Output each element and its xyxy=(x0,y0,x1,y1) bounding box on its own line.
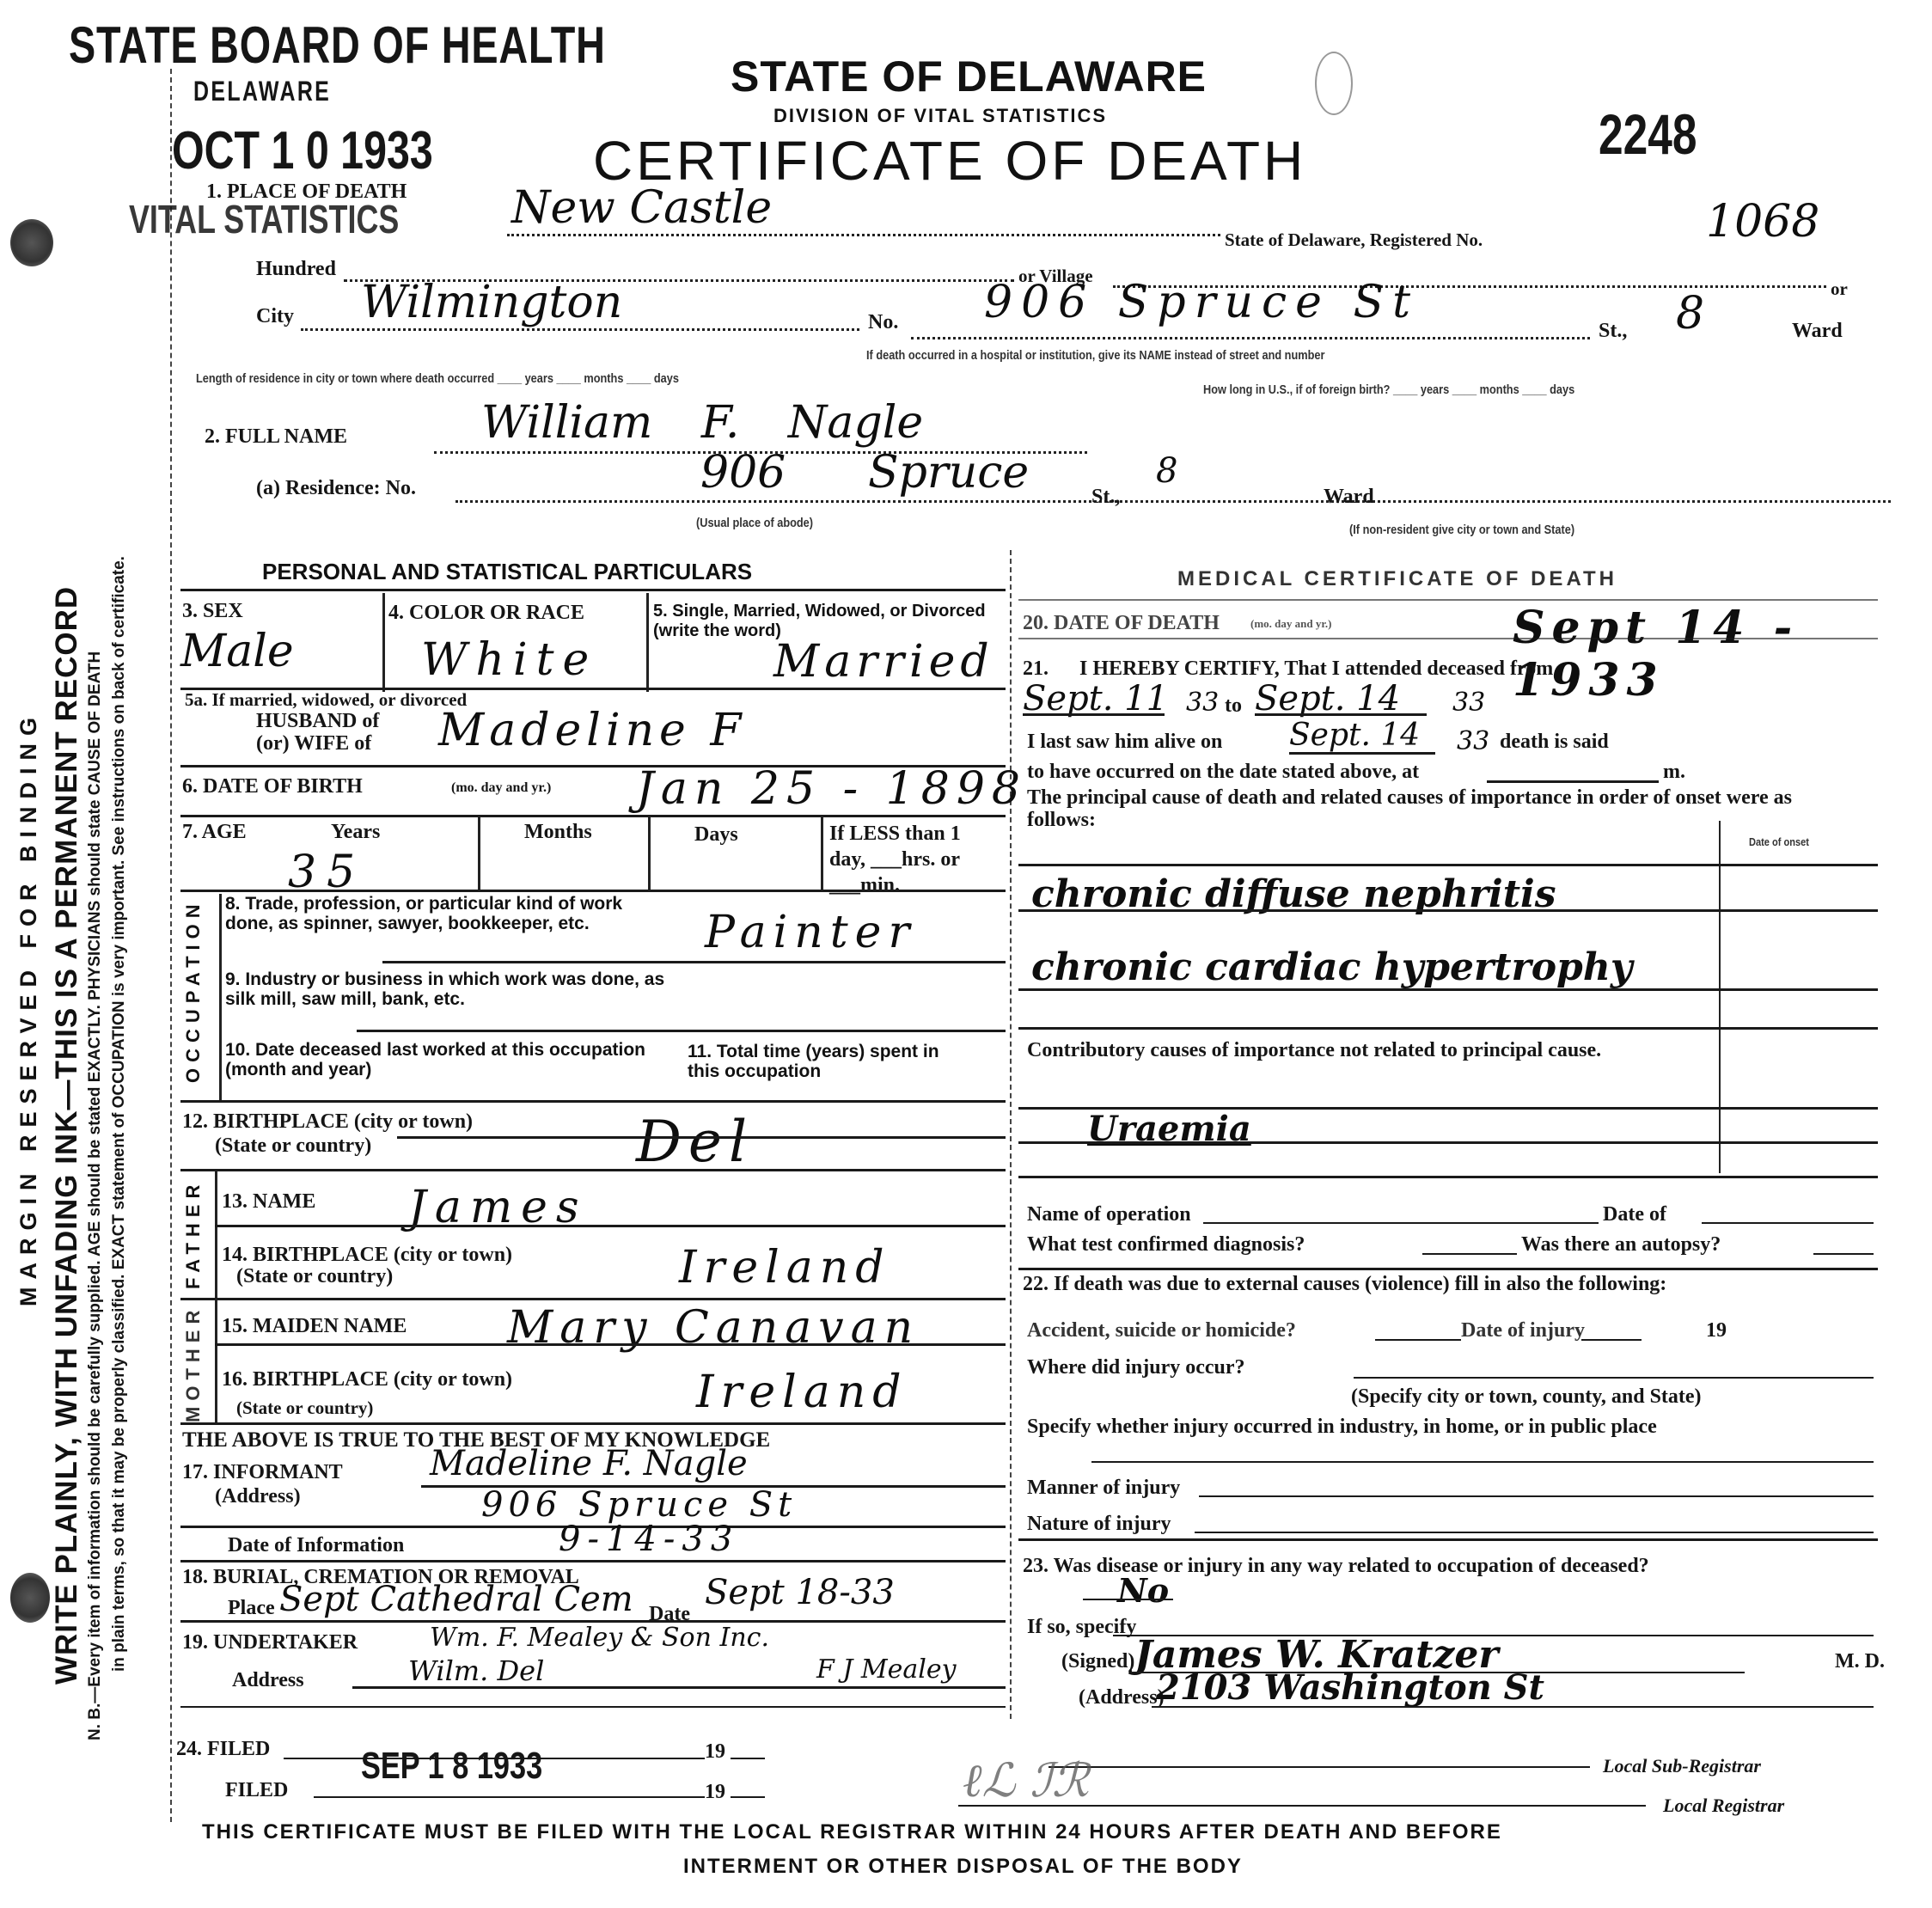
registered-label: State of Delaware, Registered No. xyxy=(1225,230,1483,250)
md-label: M. D. xyxy=(1835,1650,1885,1673)
undertaker-address-value: Wilm. Del xyxy=(408,1654,544,1687)
city-label: City xyxy=(256,305,294,328)
state-title: STATE OF DELAWARE xyxy=(731,52,1207,101)
rule xyxy=(215,1300,217,1424)
injury-date-label: Date of injury xyxy=(1461,1319,1585,1342)
rule xyxy=(478,816,480,890)
rule xyxy=(352,1686,1006,1689)
informant-address-label: (Address) xyxy=(215,1485,301,1508)
trade-value: Painter xyxy=(705,907,916,958)
spouse-value: Madeline F xyxy=(438,705,746,756)
spouse-note: 5a. If married, widowed, or divorced xyxy=(185,690,467,710)
county-value: New Castle xyxy=(511,182,772,234)
filed-label-1: 24. FILED xyxy=(176,1738,270,1761)
mother-side-label: MOTHER xyxy=(182,1305,205,1422)
rule xyxy=(180,1560,1006,1562)
nature-label: Nature of injury xyxy=(1027,1513,1171,1536)
rule xyxy=(648,816,651,890)
margin-seal-bottom xyxy=(10,1573,50,1623)
informant-label: 17. INFORMANT xyxy=(182,1461,343,1484)
rule xyxy=(1018,638,1878,639)
trade-label: 8. Trade, profession, or particular kind… xyxy=(225,894,672,933)
rule xyxy=(1702,1222,1874,1224)
specify-label: Specify whether injury occurred in indus… xyxy=(1027,1410,1874,1444)
street-no-label: No. xyxy=(868,311,898,334)
rule xyxy=(382,593,385,692)
operation-date-label: Date of xyxy=(1603,1203,1666,1226)
rule xyxy=(1487,780,1659,783)
rule xyxy=(215,1225,1006,1227)
rule xyxy=(215,1171,217,1298)
margin-nb-line1: N. B.—Every item of information should b… xyxy=(86,651,105,1740)
rule xyxy=(1199,1495,1874,1497)
mother-maiden-value: Mary Canavan xyxy=(507,1302,920,1354)
father-birthplace-label: 14. BIRTHPLACE (city or town) xyxy=(222,1244,512,1267)
where-label: Where did injury occur? xyxy=(1027,1356,1245,1379)
father-name-label: 13. NAME xyxy=(222,1190,315,1214)
rule xyxy=(1023,713,1165,716)
margin-reserved-text: MARGIN RESERVED FOR BINDING xyxy=(15,710,42,1306)
rule xyxy=(1018,1027,1878,1030)
personal-section-title: PERSONAL AND STATISTICAL PARTICULARS xyxy=(262,559,752,585)
rule xyxy=(1018,1268,1878,1270)
filing-notice-line1: THIS CERTIFICATE MUST BE FILED WITH THE … xyxy=(202,1820,1502,1844)
filed-label-2: FILED xyxy=(225,1779,288,1802)
st-label: St., xyxy=(1599,320,1627,343)
age-months-label: Months xyxy=(524,821,592,844)
specify-hint: (Specify city or town, county, and State… xyxy=(1351,1385,1702,1409)
dod-label: 20. DATE OF DEATH xyxy=(1023,612,1220,635)
registrar-signature: ℓℒ ℐℛ xyxy=(963,1753,1089,1807)
rule xyxy=(180,815,1006,817)
signed-label: (Signed) xyxy=(1061,1650,1134,1673)
certify-label: 21. I HEREBY CERTIFY, That I attended de… xyxy=(1023,657,1553,681)
dod-hint: (mo. day and yr.) xyxy=(1250,617,1332,631)
race-label: 4. COLOR OR RACE xyxy=(388,602,584,625)
residence-label: (a) Residence: No. xyxy=(256,477,416,500)
rule xyxy=(180,1100,1006,1103)
residence-ward-label: Ward xyxy=(1324,486,1374,509)
rule xyxy=(1203,1222,1599,1224)
residence-st-label: St., xyxy=(1091,486,1120,509)
street-line xyxy=(911,337,1590,339)
attended-from-year: 33 xyxy=(1186,688,1219,718)
onset-label: Date of onset xyxy=(1749,835,1809,848)
age-label: 7. AGE xyxy=(182,821,247,844)
marital-value: Married xyxy=(773,636,994,688)
rule xyxy=(1289,752,1435,755)
info-date-value: 9-14-33 xyxy=(559,1520,739,1559)
spouse-label-2: (or) WIFE of xyxy=(256,732,371,755)
residence-street-value: Spruce xyxy=(868,447,1029,498)
rule xyxy=(1422,1253,1517,1255)
burial-date-value: Sept 18-33 xyxy=(705,1573,895,1612)
undertaker-address-label: Address xyxy=(232,1669,304,1692)
rule xyxy=(646,593,649,692)
rule xyxy=(180,1706,1006,1708)
rule xyxy=(1354,1377,1874,1379)
filed-year-1: 19 xyxy=(705,1740,725,1764)
father-side-label: FATHER xyxy=(182,1179,205,1289)
operation-label: Name of operation xyxy=(1027,1203,1191,1226)
rule xyxy=(219,894,222,1100)
received-date-stamp: OCT 1 0 1933 xyxy=(172,120,433,181)
filed-stamp: SEP 1 8 1933 xyxy=(361,1745,542,1788)
mother-birthplace-state-label: (State or country) xyxy=(236,1397,373,1419)
birthplace-label: 12. BIRTHPLACE (city or town) xyxy=(182,1110,473,1134)
ward-value: 8 xyxy=(1676,288,1704,339)
sub-registrar-label: Local Sub-Registrar xyxy=(1603,1755,1761,1777)
city-line xyxy=(301,328,859,331)
punch-hole xyxy=(1315,52,1353,115)
autopsy-label: Was there an autopsy? xyxy=(1521,1233,1721,1257)
occurred-text: to have occurred on the date stated abov… xyxy=(1027,761,1419,784)
hospital-note: If death occurred in a hospital or insti… xyxy=(866,348,1324,363)
rule xyxy=(731,1796,765,1798)
division-title: DIVISION OF VITAL STATISTICS xyxy=(773,105,1107,127)
injury-year-label: 19 xyxy=(1706,1319,1727,1342)
rule xyxy=(1018,909,1878,912)
age-years-label: Years xyxy=(331,821,380,844)
industry-label: 9. Industry or business in which work wa… xyxy=(225,969,672,1009)
age-less-label: If LESS than 1 day, ___hrs. or ___min. xyxy=(829,821,1001,898)
rule xyxy=(1018,988,1878,991)
place-of-death-label: 1. PLACE OF DEATH xyxy=(206,180,407,204)
dob-label: 6. DATE OF BIRTH xyxy=(182,775,363,798)
rule xyxy=(1018,1538,1878,1541)
undertaker-value: Wm. F. Mealey & Son Inc. xyxy=(430,1623,769,1653)
residence-ward-value: 8 xyxy=(1156,451,1177,491)
physician-address-value: 2103 Washington St xyxy=(1156,1667,1544,1708)
residence-line xyxy=(455,500,1891,503)
undertaker-label: 19. UNDERTAKER xyxy=(182,1631,358,1654)
rule xyxy=(397,1136,1006,1139)
dod-value: Sept 14 - 1933 xyxy=(1513,602,1932,706)
rule xyxy=(1719,821,1721,1173)
rule xyxy=(180,1298,1006,1300)
residence-length-text: Length of residence in city or town wher… xyxy=(196,371,679,386)
external-label: 22. If death was due to external causes … xyxy=(1023,1275,1874,1293)
residence-no-value: 906 xyxy=(700,447,786,498)
dob-value: Jan 25 - 1898 xyxy=(636,763,1027,815)
dob-hint: (mo. day and yr.) xyxy=(451,780,551,796)
nonresident-note: (If non-resident give city or town and S… xyxy=(1349,523,1574,537)
manner-label: Manner of injury xyxy=(1027,1477,1180,1500)
rule xyxy=(821,816,823,890)
rule xyxy=(1195,1532,1874,1533)
cause-2-value: chronic cardiac hypertrophy xyxy=(1031,945,1632,989)
full-name-label: 2. FULL NAME xyxy=(205,425,347,449)
rule xyxy=(215,1343,1006,1346)
mother-maiden-label: 15. MAIDEN NAME xyxy=(222,1315,407,1338)
occupation-side-label: OCCUPATION xyxy=(182,898,205,1083)
rule xyxy=(1375,1339,1461,1341)
filed-year-2: 19 xyxy=(705,1781,725,1804)
margin-nb-line2: in plain terms, so that it may be proper… xyxy=(110,556,129,1672)
rule xyxy=(314,1796,705,1798)
filing-notice-line2: INTERMENT OR OTHER DISPOSAL OF THE BODY xyxy=(683,1855,1243,1879)
registered-number: 1068 xyxy=(1706,196,1819,248)
mother-birthplace-value: Ireland xyxy=(696,1367,908,1418)
rule xyxy=(1581,1339,1642,1341)
rule xyxy=(1018,1176,1878,1178)
rule xyxy=(1018,599,1878,601)
last-worked-label: 10. Date deceased last worked at this oc… xyxy=(225,1040,672,1079)
birthplace-value: Del xyxy=(636,1109,754,1175)
sex-label: 3. SEX xyxy=(182,600,243,623)
city-value: Wilmington xyxy=(361,277,622,328)
rule xyxy=(1083,1599,1173,1600)
age-days-label: Days xyxy=(694,823,738,847)
rule xyxy=(1091,1461,1874,1463)
margin-write-plainly-text: WRITE PLAINLY, WITH UNFADING INK—THIS IS… xyxy=(50,586,84,1685)
county-line xyxy=(507,234,1220,236)
burial-place-label: Place xyxy=(228,1597,275,1620)
certificate-number: 2248 xyxy=(1599,101,1697,167)
informant-value: Madeline F. Nagle xyxy=(430,1444,748,1483)
race-value: White xyxy=(421,634,597,686)
father-birthplace-state-label: (State or country) xyxy=(236,1265,393,1288)
attended-to-label: to xyxy=(1225,694,1242,718)
last-saw-value: Sept. 14 xyxy=(1289,718,1420,753)
rule xyxy=(180,589,1006,591)
rule xyxy=(382,961,1006,963)
form-left-border xyxy=(170,69,174,1822)
info-date-label: Date of Information xyxy=(228,1534,404,1557)
contributory-label: Contributory causes of importance not re… xyxy=(1027,1040,1680,1061)
mother-birthplace-label: 16. BIRTHPLACE (city or town) xyxy=(222,1368,512,1391)
rule xyxy=(180,1422,1006,1425)
last-saw-label: I last saw him alive on xyxy=(1027,731,1222,754)
rule xyxy=(357,1030,1006,1032)
occupation-related-value: No xyxy=(1117,1571,1169,1610)
test-label: What test confirmed diagnosis? xyxy=(1027,1233,1305,1257)
attended-to-year: 33 xyxy=(1452,688,1485,718)
sex-value: Male xyxy=(180,626,294,677)
rule xyxy=(1813,1253,1874,1255)
death-said-label: death is said xyxy=(1500,731,1609,754)
street-value: 906 Spruce St xyxy=(984,277,1419,328)
rule xyxy=(180,1169,1006,1171)
rule xyxy=(1152,1706,1874,1708)
board-of-health-stamp-state: DELAWARE xyxy=(193,76,331,107)
rule xyxy=(1018,864,1878,866)
registrar-label: Local Registrar xyxy=(1663,1795,1784,1817)
undertaker-initials: F J Mealey xyxy=(816,1654,957,1685)
margin-seal-top xyxy=(10,219,53,266)
rule xyxy=(1255,713,1427,716)
ward-label: Ward xyxy=(1792,320,1843,343)
spouse-label-1: HUSBAND of xyxy=(256,710,379,733)
usual-place-note: (Usual place of abode) xyxy=(696,516,813,530)
rule xyxy=(731,1758,765,1759)
or-label: or xyxy=(1831,279,1848,299)
medical-section-title: MEDICAL CERTIFICATE OF DEATH xyxy=(1177,567,1617,591)
birthplace-state-label: (State or country) xyxy=(215,1134,371,1158)
accident-label: Accident, suicide or homicide? xyxy=(1027,1319,1296,1342)
board-of-health-stamp: STATE BOARD OF HEALTH xyxy=(69,15,606,75)
rule xyxy=(180,890,1006,892)
last-saw-year: 33 xyxy=(1457,726,1489,756)
rule xyxy=(1018,1141,1878,1144)
m-label: m. xyxy=(1663,761,1685,784)
hundred-label: Hundred xyxy=(256,258,336,281)
father-birthplace-value: Ireland xyxy=(679,1242,891,1293)
sub-registrar-line xyxy=(1049,1766,1590,1768)
full-name-value: William F. Nagle xyxy=(481,397,923,449)
principal-text: The principal cause of death and related… xyxy=(1027,786,1861,831)
total-time-label: 11. Total time (years) spent in this occ… xyxy=(688,1042,945,1081)
us-length-text: How long in U.S., if of foreign birth? _… xyxy=(1203,382,1574,397)
section-divider xyxy=(1010,550,1013,1719)
burial-place-value: Sept Cathedral Cem xyxy=(279,1580,633,1619)
